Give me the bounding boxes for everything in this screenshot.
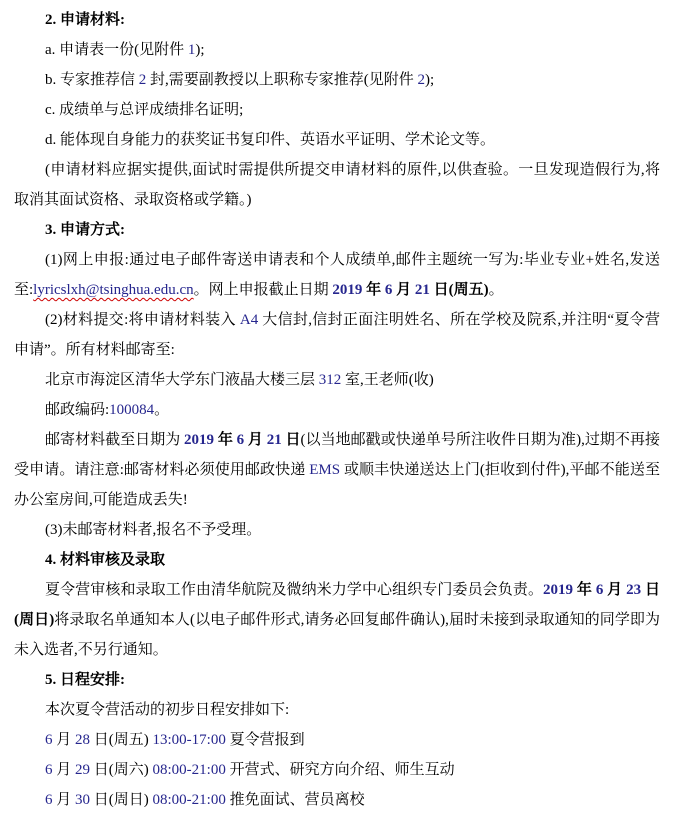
item-a: a. 申请表一份(见附件 1); <box>14 35 660 65</box>
text-segment: 08:00-21:00 <box>153 762 226 778</box>
text-segment: 6 <box>45 732 53 748</box>
text-segment: ); <box>425 72 434 88</box>
text-segment: 月 <box>53 732 76 748</box>
text-segment: 年 <box>362 282 385 298</box>
text-segment: 4. 材料审核及录取 <box>45 552 165 568</box>
text-segment: (申请材料应据实提供,面试时需提供所提交申请材料的原件,以供查验。一旦发现造假行… <box>14 162 660 208</box>
text-segment: 日(周日) <box>90 792 153 808</box>
text-segment: 开营式、研究方向介绍、师生互动 <box>226 762 455 778</box>
section-2-heading: 2. 申请材料: <box>14 5 660 35</box>
text-segment: 封,需要副教授以上职称专家推荐(见附件 <box>146 72 417 88</box>
document-page: 2. 申请材料:a. 申请表一份(见附件 1);b. 专家推荐信 2 封,需要副… <box>0 0 674 819</box>
text-segment: 邮政编码: <box>45 402 109 418</box>
schedule-day2: 6 月 29 日(周六) 08:00-21:00 开营式、研究方向介绍、师生互动 <box>14 755 660 785</box>
section-3-heading: 3. 申请方式: <box>14 215 660 245</box>
online-application: (1)网上申报:通过电子邮件寄送申请表和个人成绩单,邮件主题统一写为:毕业专业+… <box>14 245 660 305</box>
text-segment: 将录取名单通知本人(以电子邮件形式,请务必回复邮件确认),届时未接到录取通知的同… <box>14 612 660 658</box>
text-segment: 2019 <box>543 582 573 598</box>
text-segment: 北京市海淀区清华大学东门液晶大楼三层 <box>45 372 319 388</box>
text-segment: (2)材料提交:将申请材料装入 <box>45 312 240 328</box>
section-4-heading: 4. 材料审核及录取 <box>14 545 660 575</box>
text-segment: 本次夏令营活动的初步日程安排如下: <box>45 702 289 718</box>
text-segment: 2019 <box>332 282 362 298</box>
text-segment: 夏令营审核和录取工作由清华航院及微纳米力学中心组织专门委员会负责。 <box>45 582 543 598</box>
schedule-day1: 6 月 28 日(周五) 13:00-17:00 夏令营报到 <box>14 725 660 755</box>
text-segment: 28 <box>75 732 90 748</box>
text-segment: 。网上申报截止日期 <box>194 282 333 298</box>
mail-deadline: 邮寄材料截至日期为 2019 年 6 月 21 日(以当地邮戳或快递单号所注收件… <box>14 425 660 515</box>
note-authenticity: (申请材料应据实提供,面试时需提供所提交申请材料的原件,以供查验。一旦发现造假行… <box>14 155 660 215</box>
text-segment: EMS <box>309 462 340 478</box>
text-segment: 月 <box>603 582 626 598</box>
text-segment: 月 <box>392 282 415 298</box>
text-segment: 室,王老师(收) <box>341 372 434 388</box>
material-submission: (2)材料提交:将申请材料装入 A4 大信封,信封正面注明姓名、所在学校及院系,… <box>14 305 660 365</box>
schedule-day3: 6 月 30 日(周日) 08:00-21:00 推免面试、营员离校 <box>14 785 660 815</box>
item-d: d. 能体现自身能力的获奖证书复印件、英语水平证明、学术论文等。 <box>14 125 660 155</box>
text-segment: 年 <box>573 582 596 598</box>
item-b: b. 专家推荐信 2 封,需要副教授以上职称专家推荐(见附件 2); <box>14 65 660 95</box>
item-c: c. 成绩单与总评成绩排名证明; <box>14 95 660 125</box>
text-segment: 100084 <box>109 402 154 418</box>
schedule-intro: 本次夏令营活动的初步日程安排如下: <box>14 695 660 725</box>
text-segment: 月 <box>244 432 267 448</box>
email-address: lyricslxh@tsinghua.edu.cn <box>33 282 193 298</box>
text-segment: 日(周五) <box>90 732 153 748</box>
text-segment: 夏令营报到 <box>226 732 305 748</box>
text-segment: A4 <box>240 312 258 328</box>
review-admission: 夏令营审核和录取工作由清华航院及微纳米力学中心组织专门委员会负责。2019 年 … <box>14 575 660 665</box>
text-segment: 21 <box>267 432 282 448</box>
text-segment: 3. 申请方式: <box>45 222 125 238</box>
no-mail-notice: (3)未邮寄材料者,报名不予受理。 <box>14 515 660 545</box>
text-segment: d. 能体现自身能力的获奖证书复印件、英语水平证明、学术论文等。 <box>45 132 495 148</box>
text-segment: 推免面试、营员离校 <box>226 792 365 808</box>
text-segment: 6 <box>45 792 53 808</box>
text-segment: 2019 <box>184 432 214 448</box>
text-segment: 6 <box>45 762 53 778</box>
mailing-address: 北京市海淀区清华大学东门液晶大楼三层 312 室,王老师(收) <box>14 365 660 395</box>
text-segment: 21 <box>415 282 430 298</box>
text-segment: 2. 申请材料: <box>45 12 125 28</box>
text-segment: b. 专家推荐信 <box>45 72 139 88</box>
text-segment: 月 <box>53 762 76 778</box>
postal-code: 邮政编码:100084。 <box>14 395 660 425</box>
text-segment: c. 成绩单与总评成绩排名证明; <box>45 102 243 118</box>
text-segment: 年 <box>214 432 237 448</box>
text-segment: a. 申请表一份(见附件 <box>45 42 188 58</box>
text-segment: 月 <box>53 792 76 808</box>
section-5-heading: 5. 日程安排: <box>14 665 660 695</box>
text-segment: 。 <box>489 282 504 298</box>
text-segment: 08:00-21:00 <box>153 792 226 808</box>
text-segment: 312 <box>319 372 342 388</box>
text-segment: 30 <box>75 792 90 808</box>
text-segment: 。 <box>154 402 169 418</box>
text-segment: 13:00-17:00 <box>153 732 226 748</box>
text-segment: 23 <box>626 582 641 598</box>
text-segment: (3)未邮寄材料者,报名不予受理。 <box>45 522 261 538</box>
text-segment: 日(周五) <box>430 282 489 298</box>
text-segment: 29 <box>75 762 90 778</box>
text-segment: 2 <box>418 72 426 88</box>
text-segment: ); <box>195 42 204 58</box>
text-segment: 日(周六) <box>90 762 153 778</box>
text-segment: 邮寄材料截至日期为 <box>45 432 184 448</box>
text-segment: 日 <box>282 432 301 448</box>
text-segment: 5. 日程安排: <box>45 672 125 688</box>
